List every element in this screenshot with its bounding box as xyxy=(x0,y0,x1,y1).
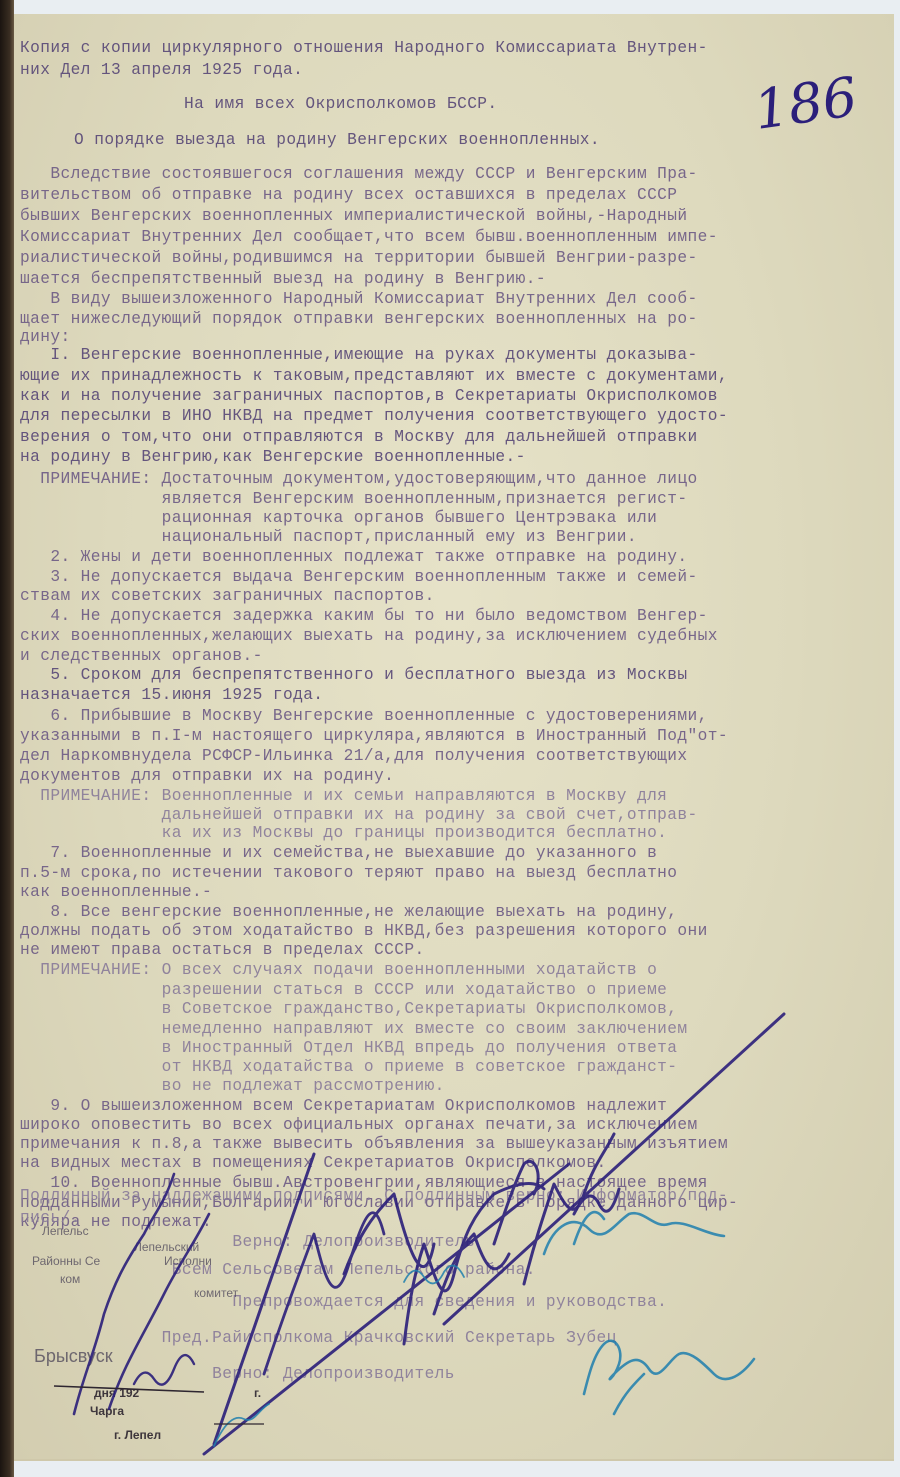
body-line: документов для отправки их на родину. xyxy=(20,766,394,786)
note-line: ка их из Москвы до границы производится … xyxy=(20,823,667,843)
body-line: бывших Венгерских военнопленных империал… xyxy=(20,206,688,226)
body-line: широко оповестить во всех официальных ор… xyxy=(20,1115,698,1135)
body-line: Комиссариат Внутренних Дел сообщает,что … xyxy=(20,227,718,247)
note-line: в Советское гражданство,Секретариаты Окр… xyxy=(20,999,677,1019)
body-line: шается беспрепятственный выезд на родину… xyxy=(20,269,546,289)
stamp-text: Чарга xyxy=(90,1404,124,1418)
closing-line: Препровождается для сведения и руководст… xyxy=(20,1292,667,1312)
body-line: I. Венгерские военнопленные,имеющие на р… xyxy=(20,345,698,365)
body-line: для пересылки в ИНО НКВД на предмет полу… xyxy=(20,406,728,426)
closing-line: Подлинный за надлежащими подписями. С по… xyxy=(20,1186,728,1206)
body-line: Вследствие состоявшегося соглашения межд… xyxy=(20,164,698,184)
body-line: п.5-м срока,по истечении такового теряют… xyxy=(20,863,677,883)
note-line: в Иностранный Отдел НКВД впредь до получ… xyxy=(20,1038,677,1058)
folio-number: 186 xyxy=(750,65,861,142)
stamp-text: дня 192 xyxy=(94,1386,139,1400)
note-line: во не подлежат рассмотрению. xyxy=(20,1076,445,1096)
note-line: немедленно направляют их вместе со своим… xyxy=(20,1019,688,1039)
stamp-text: Районны Се xyxy=(32,1254,100,1268)
stamp-text: Исполни xyxy=(164,1254,212,1268)
note-line: разрешении статься в СССР или ходатайств… xyxy=(20,980,667,1000)
body-line: ющие их принадлежность к таковым,предста… xyxy=(20,366,728,386)
document-header-line-2: них Дел 13 апреля 1925 года. xyxy=(20,60,303,80)
body-line: В виду вышеизложенного Народный Комиссар… xyxy=(20,289,698,309)
body-line: верения о том,что они отправляются в Мос… xyxy=(20,427,698,447)
addressee: На имя всех Окрисполкомов БССР. xyxy=(184,94,498,114)
stamp-text: г. xyxy=(254,1386,261,1400)
body-line: вительством об отправке на родину всех о… xyxy=(20,185,677,205)
body-line: ствам их советских заграничных паспортов… xyxy=(20,586,435,606)
note-line: ПРИМЕЧАНИЕ: О всех случаях подачи военно… xyxy=(20,960,657,980)
body-line: 5. Сроком для беспрепятственного и беспл… xyxy=(20,665,688,685)
document-subject: О порядке выезда на родину Венгерских во… xyxy=(74,130,600,150)
note-line: является Венгерским военнопленным,призна… xyxy=(20,489,688,509)
body-line: 9. О вышеизложенном всем Секретариатам О… xyxy=(20,1096,667,1116)
closing-line: Пред.Райисполкома Крачковский Секретарь … xyxy=(20,1328,617,1348)
body-line: 3. Не допускается выдача Венгерским воен… xyxy=(20,567,698,587)
body-line: на видных местах в помещениях Секретариа… xyxy=(20,1153,607,1173)
stamp-text: г. Лепел xyxy=(114,1428,161,1442)
note-line: от НКВД ходатайства о приеме в советское… xyxy=(20,1057,677,1077)
stamp-text: ком xyxy=(60,1272,80,1286)
closing-line: Верно: Делопроизводитель xyxy=(20,1364,455,1384)
body-line: должны подать об этом ходатайство в НКВД… xyxy=(20,921,708,941)
stamp-text: Лепельский xyxy=(134,1240,199,1254)
body-line: дину: xyxy=(20,327,71,347)
note-line: рационная карточка органов бывшего Центр… xyxy=(20,508,657,528)
body-line: дел Наркомвнудела РСФСР-Ильинка 21/а,для… xyxy=(20,746,688,766)
document-header-line-1: Копия с копии циркулярного отношения Нар… xyxy=(20,38,708,58)
body-line: 2. Жены и дети военнопленных подлежат та… xyxy=(20,547,688,567)
document-page: 186 Копия с копии циркулярного отношения… xyxy=(14,14,894,1461)
body-line: не имеют права остаться в пределах СССР. xyxy=(20,940,425,960)
body-line: и следственных органов.- xyxy=(20,646,263,666)
body-line: 6. Прибывшие в Москву Венгерские военноп… xyxy=(20,706,708,726)
body-line: щает нижеследующий порядок отправки венг… xyxy=(20,309,698,329)
body-line: 8. Все венгерские военнопленные,не желаю… xyxy=(20,902,677,922)
body-line: ских военнопленных,желающих выехать на р… xyxy=(20,626,718,646)
body-line: на родину в Венгрию,как Венгерские военн… xyxy=(20,447,526,467)
stamp-text: Брысвуск xyxy=(34,1346,113,1367)
stamp-text: комитет xyxy=(194,1286,238,1300)
note-line: национальный паспорт,присланный ему из В… xyxy=(20,527,637,547)
body-line: указанными в п.I-м настоящего циркуляра,… xyxy=(20,726,728,746)
scan-left-edge xyxy=(0,0,14,1477)
note-line: дальнейшей отправки их на родину за свой… xyxy=(20,805,698,825)
body-line: риалистической войны,родившимся на терри… xyxy=(20,248,698,268)
body-line: 7. Военнопленные и их семейства,не выеха… xyxy=(20,843,657,863)
body-line: назначается 15.июня 1925 года. xyxy=(20,685,323,705)
note-line: ПРИМЕЧАНИЕ: Достаточным документом,удост… xyxy=(20,469,698,489)
stamp-text: Лепельс xyxy=(42,1224,89,1238)
body-line: как и на получение заграничных паспортов… xyxy=(20,386,718,406)
body-line: примечания к п.8,а также вывесить объявл… xyxy=(20,1134,728,1154)
note-line: ПРИМЕЧАНИЕ: Военнопленные и их семьи нап… xyxy=(20,786,667,806)
body-line: 4. Не допускается задержка каким бы то н… xyxy=(20,606,708,626)
body-line: как военнопленные.- xyxy=(20,882,212,902)
